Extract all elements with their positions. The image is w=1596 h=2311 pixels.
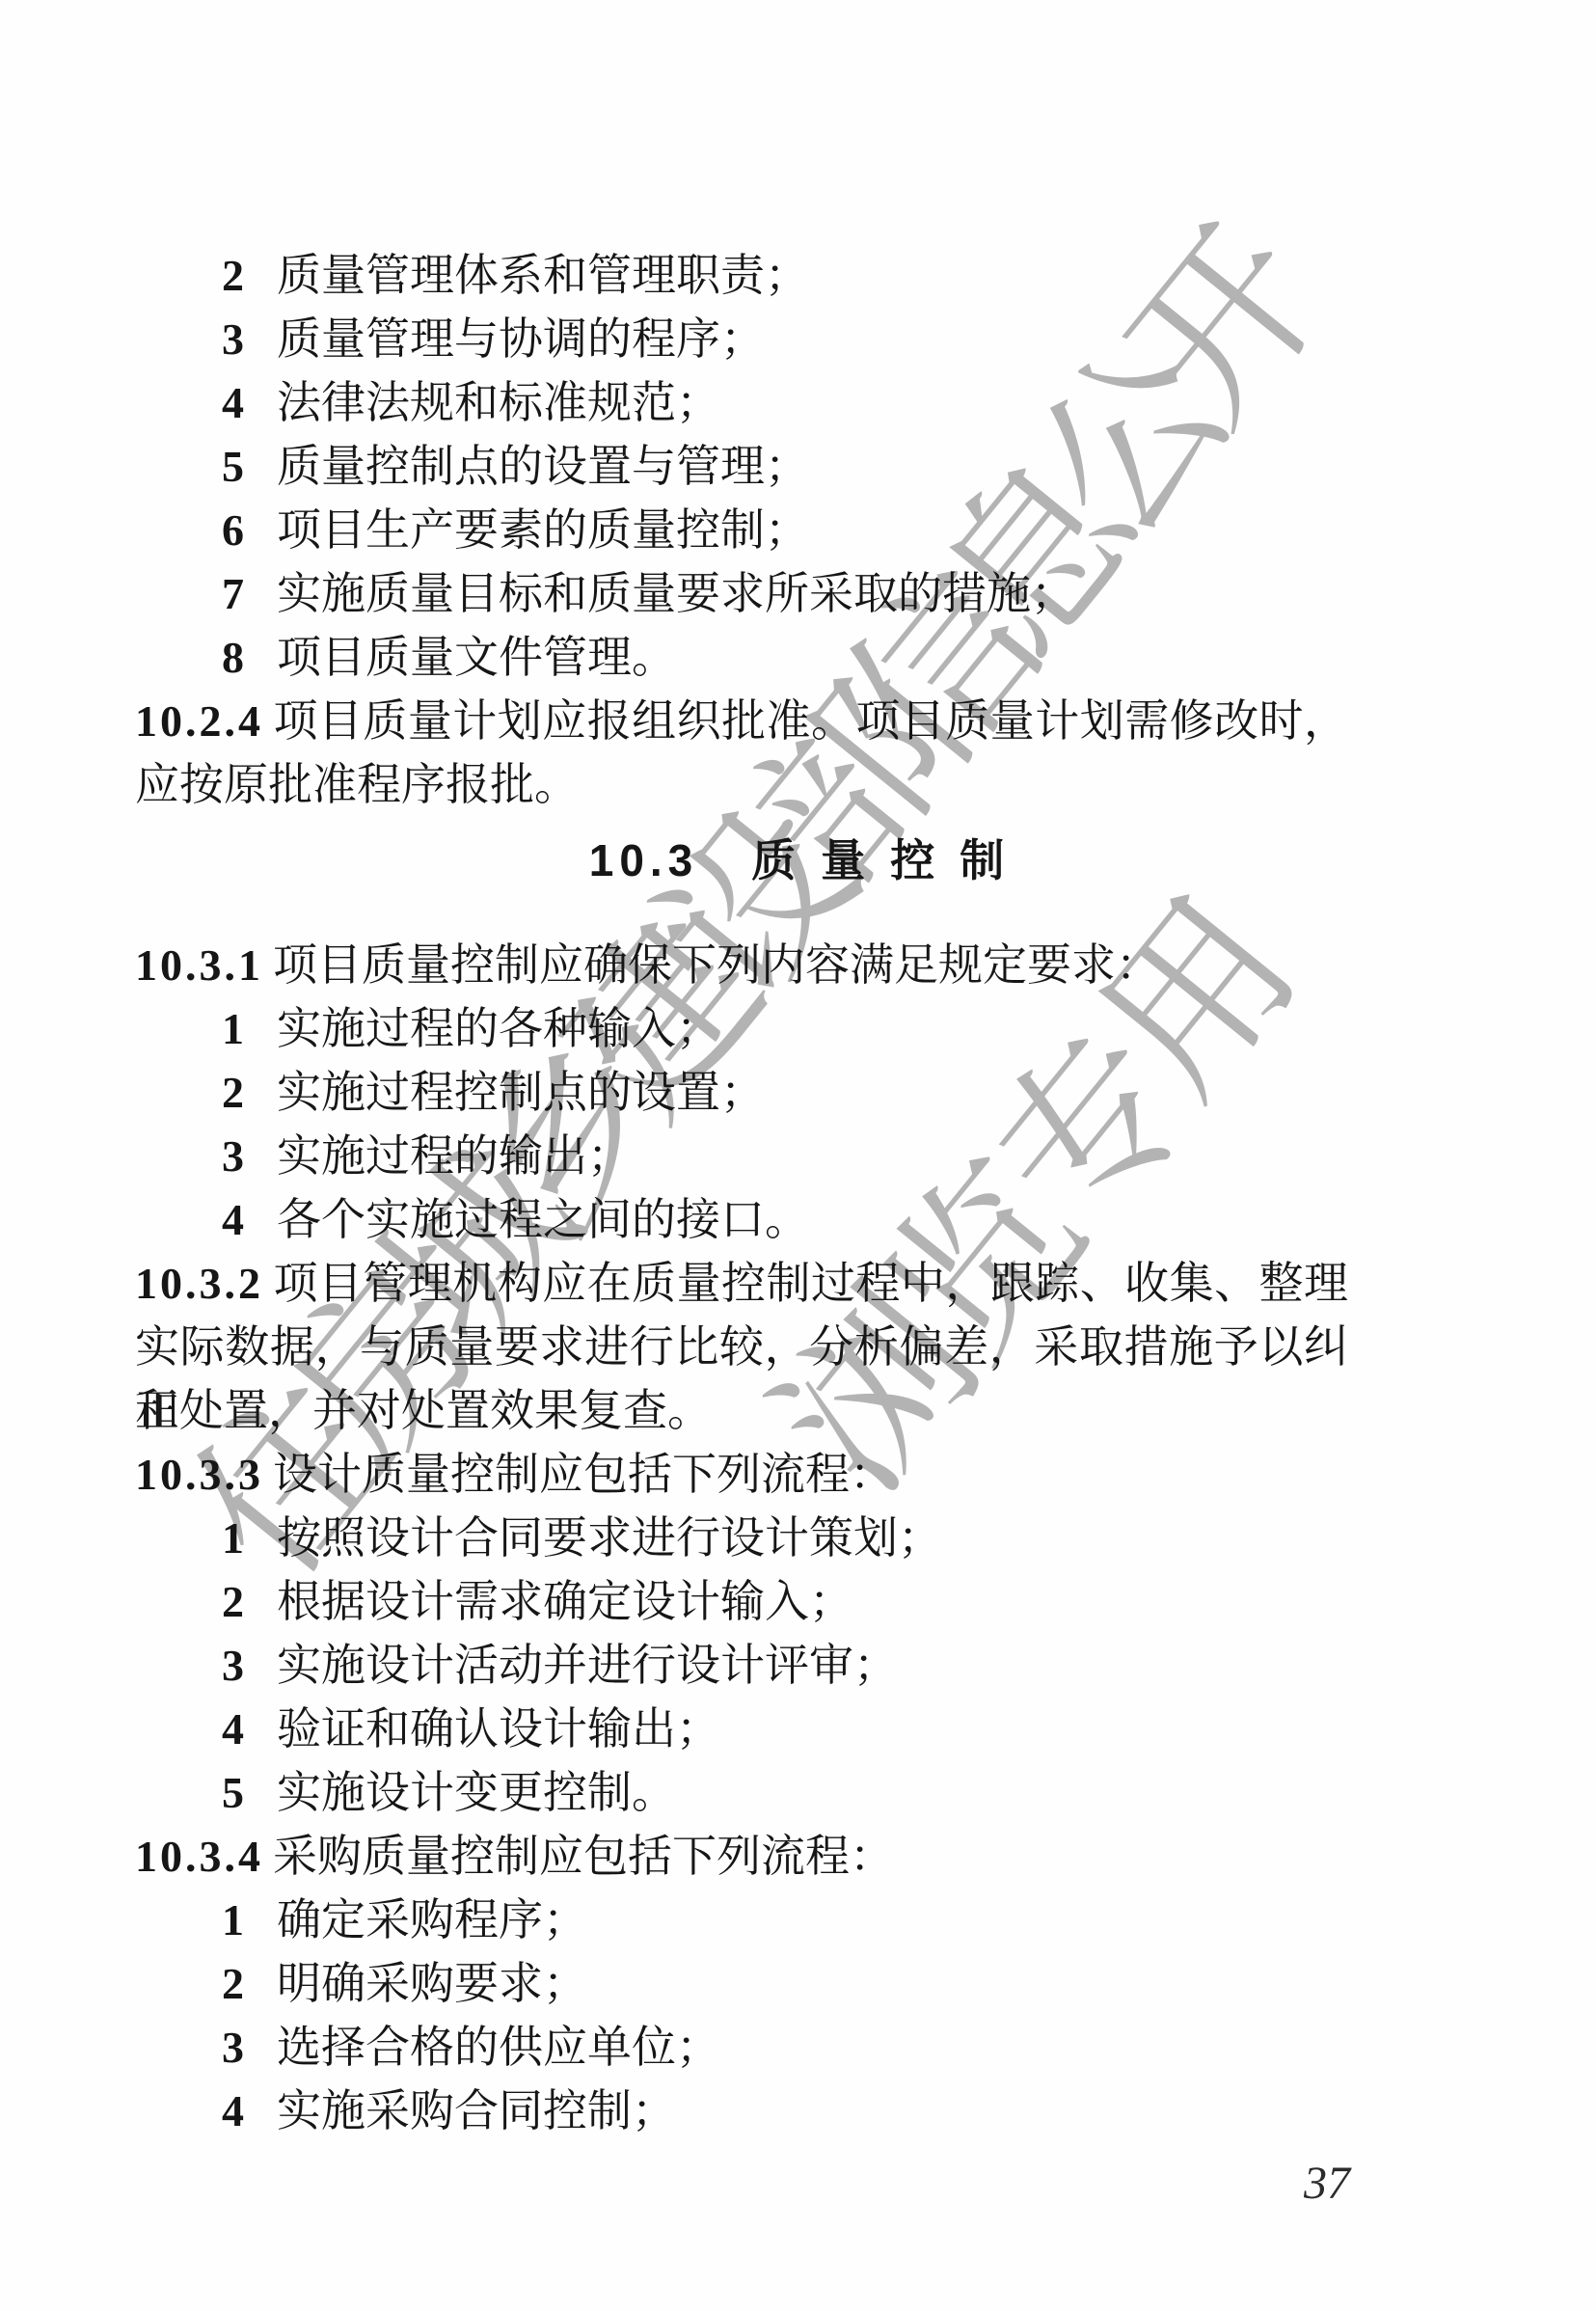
item-number: 2 [222,244,277,308]
item-text: 法律法规和标准规范； [277,378,720,427]
clause-text: 项目质量控制应确保下列内容满足规定要求： [273,940,1160,990]
continuation-line: 实际数据，与质量要求进行比较，分析偏差，采取措施予以纠正 [135,1316,1348,1379]
clause-number: 10.3.2 [135,1252,273,1316]
item-text: 实施采购合同控制； [277,2086,676,2135]
clause-text: 应按原批准程序报批。 [135,760,579,809]
list-item: 1确定采购程序； [135,1889,1348,1952]
list-item: 3质量管理与协调的程序； [135,308,1348,371]
item-text: 实施过程控制点的设置； [277,1068,765,1117]
continuation-line: 应按原批准程序报批。 [135,753,1348,817]
list-item: 1按照设计合同要求进行设计策划； [135,1507,1348,1570]
list-item: 4验证和确认设计输出； [135,1698,1348,1761]
item-text: 明确采购要求； [277,1959,587,2008]
page-number: 37 [1304,2157,1350,2210]
continuation-line: 和处置，并对处置效果复查。 [135,1379,1348,1443]
item-number: 4 [222,371,277,435]
item-text: 各个实施过程之间的接口。 [277,1195,809,1244]
clause-text: 项目质量计划应报组织批准。项目质量计划需修改时， [273,696,1348,746]
text-column: 2质量管理体系和管理职责； 3质量管理与协调的程序； 4法律法规和标准规范； 5… [135,244,1348,2143]
item-number: 2 [222,1061,277,1125]
item-text: 实施过程的各种输入； [277,1004,720,1053]
item-text: 实施设计变更控制。 [277,1768,676,1817]
item-text: 质量管理与协调的程序； [277,314,765,364]
list-item: 3实施设计活动并进行设计评审； [135,1634,1348,1698]
clause-text: 项目管理机构应在质量控制过程中，跟踪、收集、整理 [273,1259,1348,1308]
item-number: 4 [222,1188,277,1252]
document-page: 住房城乡建设部信息公开 浏览专用 2质量管理体系和管理职责； 3质量管理与协调的… [0,0,1596,2311]
list-item: 5实施设计变更控制。 [135,1761,1348,1825]
item-number: 1 [222,1889,277,1952]
list-item: 1实施过程的各种输入； [135,997,1348,1061]
list-item: 2实施过程控制点的设置； [135,1061,1348,1125]
list-item: 4各个实施过程之间的接口。 [135,1188,1348,1252]
clause-number: 10.3.4 [135,1825,273,1889]
list-item: 7实施质量目标和质量要求所采取的措施； [135,562,1348,626]
item-number: 3 [222,1634,277,1698]
item-text: 根据设计需求确定设计输入； [277,1577,853,1626]
clause-line: 10.3.1项目质量控制应确保下列内容满足规定要求： [135,934,1348,997]
section-title: 质量控制 [751,835,1029,885]
list-item: 6项目生产要素的质量控制； [135,499,1348,562]
clause-text: 和处置，并对处置效果复查。 [135,1386,712,1435]
item-text: 质量管理体系和管理职责； [277,251,809,300]
list-item: 3选择合格的供应单位； [135,2016,1348,2080]
clause-line: 10.2.4项目质量计划应报组织批准。项目质量计划需修改时， [135,690,1348,753]
clause-text: 采购质量控制应包括下列流程： [273,1832,894,1881]
item-text: 实施设计活动并进行设计评审； [277,1641,898,1690]
item-text: 确定采购程序； [277,1895,587,1944]
item-number: 6 [222,499,277,562]
section-heading: 10.3质量控制 [203,829,1416,892]
list-item: 2质量管理体系和管理职责； [135,244,1348,308]
clause-number: 10.3.1 [135,934,273,997]
item-number: 5 [222,1761,277,1825]
clause-line: 10.3.4采购质量控制应包括下列流程： [135,1825,1348,1889]
clause-line: 10.3.2项目管理机构应在质量控制过程中，跟踪、收集、整理 [135,1252,1348,1316]
clause-line: 10.3.3设计质量控制应包括下列流程： [135,1443,1348,1507]
list-item: 3实施过程的输出； [135,1125,1348,1188]
list-item: 4法律法规和标准规范； [135,371,1348,435]
item-text: 选择合格的供应单位； [277,2023,720,2072]
item-text: 项目生产要素的质量控制； [277,505,809,555]
item-text: 项目质量文件管理。 [277,633,676,682]
list-item: 2根据设计需求确定设计输入； [135,1570,1348,1634]
item-number: 4 [222,2080,277,2143]
item-number: 4 [222,1698,277,1761]
item-number: 5 [222,435,277,499]
item-number: 3 [222,2016,277,2080]
item-text: 实施过程的输出； [277,1131,632,1181]
list-item: 2明确采购要求； [135,1952,1348,2016]
clause-text: 设计质量控制应包括下列流程： [273,1450,894,1499]
item-number: 3 [222,308,277,371]
item-number: 7 [222,562,277,626]
item-number: 3 [222,1125,277,1188]
list-item: 8项目质量文件管理。 [135,626,1348,690]
item-number: 2 [222,1570,277,1634]
list-item: 4实施采购合同控制； [135,2080,1348,2143]
item-number: 1 [222,1507,277,1570]
item-text: 质量控制点的设置与管理； [277,442,809,491]
item-number: 8 [222,626,277,690]
clause-number: 10.2.4 [135,690,273,753]
item-text: 验证和确认设计输出； [277,1704,720,1754]
item-text: 实施质量目标和质量要求所采取的措施； [277,569,1075,618]
item-text: 按照设计合同要求进行设计策划； [277,1513,942,1563]
clause-number: 10.3.3 [135,1443,273,1507]
list-item: 5质量控制点的设置与管理； [135,435,1348,499]
item-number: 1 [222,997,277,1061]
section-number: 10.3 [589,835,699,885]
item-number: 2 [222,1952,277,2016]
